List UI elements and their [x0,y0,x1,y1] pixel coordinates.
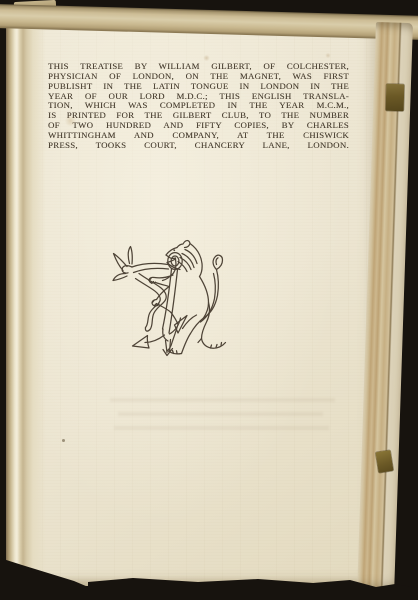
show-through-smudge [110,398,335,402]
lion-anchor-emblem-icon: Engraved printer's device: a lion rampan… [112,236,243,362]
binding-gutter-shadow [6,16,46,586]
colophon-text-block: THIS TREATISE BY WILLIAM GILBERT, OF COL… [48,62,349,151]
foxing-spot [325,53,331,58]
show-through-smudge [114,426,329,430]
book-page: THIS TREATISE BY WILLIAM GILBERT, OF COL… [6,16,376,586]
show-through-smudge [118,412,323,416]
colophon-line: PRESS, TOOKS COURT, CHANCERY LANE, LONDO… [48,141,349,151]
photograph-of-book-page: THIS TREATISE BY WILLIAM GILBERT, OF COL… [0,0,418,600]
vellum-tie-remnant [375,450,393,473]
vellum-tie-remnant [386,84,405,111]
ink-speck [62,439,65,442]
